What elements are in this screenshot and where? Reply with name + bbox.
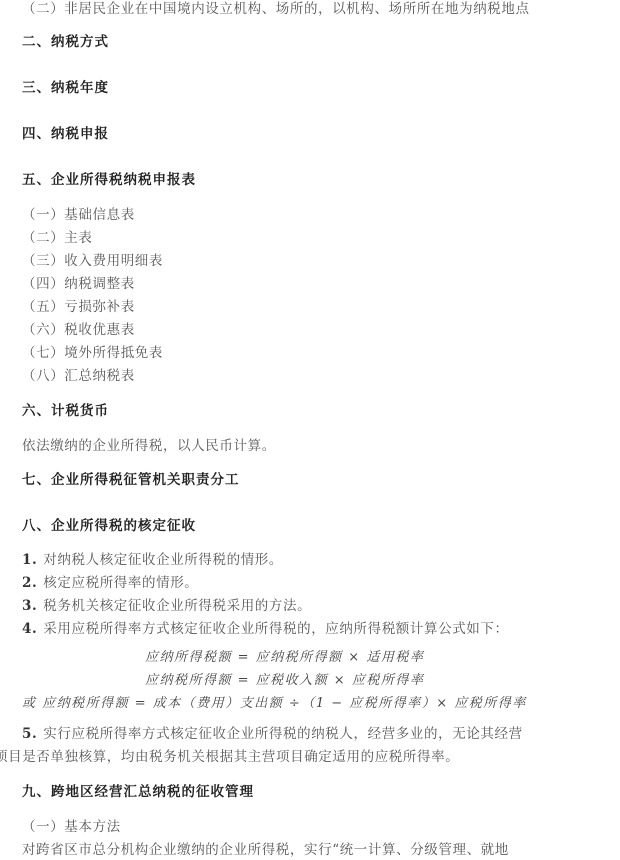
list-item: （三）收入费用明细表 xyxy=(22,252,163,270)
heading-cross-region: 九、跨地区经营汇总纳税的征收管理 xyxy=(22,783,254,801)
item-text: 核定应税所得率的情形。 xyxy=(43,575,198,591)
list-item: （二）主表 xyxy=(22,229,93,247)
subheading-basic-method: （一）基本方法 xyxy=(22,818,121,836)
formula-tax-payable: 应纳所得税额 = 应纳税所得额 × 适用税率 xyxy=(145,649,424,667)
numbered-item: 5.实行应税所得率方式核定征收企业所得税的纳税人，经营多业的，无论其经营 xyxy=(22,725,523,743)
item-number: 5. xyxy=(22,726,37,742)
list-item: （八）汇总纳税表 xyxy=(22,367,135,385)
formula-taxable-income-alt: 或 应纳税所得额 = 成本（费用）支出额 ÷（1 − 应税所得率）× 应税所得率 xyxy=(22,695,527,713)
heading-assessed-collection: 八、企业所得税的核定征收 xyxy=(22,517,196,535)
heading-authority-duties: 七、企业所得税征管机关职责分工 xyxy=(22,471,240,489)
item-number: 3. xyxy=(22,598,37,614)
paragraph-continuation: 项目是否单独核算，均由税务机关根据其主营项目确定适用的应税所得率。 xyxy=(0,748,459,766)
item-number: 2. xyxy=(22,575,37,591)
paragraph-currency: 依法缴纳的企业所得税，以人民币计算。 xyxy=(22,437,276,455)
heading-tax-method: 二、纳税方式 xyxy=(22,33,109,51)
item-number: 4. xyxy=(22,621,37,637)
heading-tax-currency: 六、计税货币 xyxy=(22,402,109,420)
paragraph-basic-method: 对跨省区市总分机构企业缴纳的企业所得税，实行“统一计算、分级管理、就地 xyxy=(22,841,509,859)
paragraph-tax-location: （二）非居民企业在中国境内设立机构、场所的，以机构、场所所在地为纳税地点 xyxy=(22,0,530,18)
formula-taxable-income: 应纳税所得额 = 应税收入额 × 应税所得率 xyxy=(145,672,424,690)
item-text: 税务机关核定征收企业所得税采用的方法。 xyxy=(43,598,311,614)
heading-tax-return-forms: 五、企业所得税纳税申报表 xyxy=(22,171,196,189)
list-item: （七）境外所得抵免表 xyxy=(22,344,163,362)
list-item: （一）基础信息表 xyxy=(22,206,135,224)
heading-tax-filing: 四、纳税申报 xyxy=(22,125,109,143)
list-item: （四）纳税调整表 xyxy=(22,275,135,293)
list-item: （六）税收优惠表 xyxy=(22,321,135,339)
numbered-item: 3.税务机关核定征收企业所得税采用的方法。 xyxy=(22,597,311,615)
numbered-item: 2.核定应税所得率的情形。 xyxy=(22,574,198,592)
item-text: 实行应税所得率方式核定征收企业所得税的纳税人，经营多业的，无论其经营 xyxy=(43,726,522,742)
item-text: 采用应税所得率方式核定征收企业所得税的，应纳所得税额计算公式如下： xyxy=(43,621,508,637)
item-text: 对纳税人核定征收企业所得税的情形。 xyxy=(43,552,283,568)
list-item: （五）亏损弥补表 xyxy=(22,298,135,316)
numbered-item: 4.采用应税所得率方式核定征收企业所得税的，应纳所得税额计算公式如下： xyxy=(22,620,509,638)
heading-tax-year: 三、纳税年度 xyxy=(22,79,109,97)
numbered-item: 1.对纳税人核定征收企业所得税的情形。 xyxy=(22,551,283,569)
item-number: 1. xyxy=(22,552,37,568)
